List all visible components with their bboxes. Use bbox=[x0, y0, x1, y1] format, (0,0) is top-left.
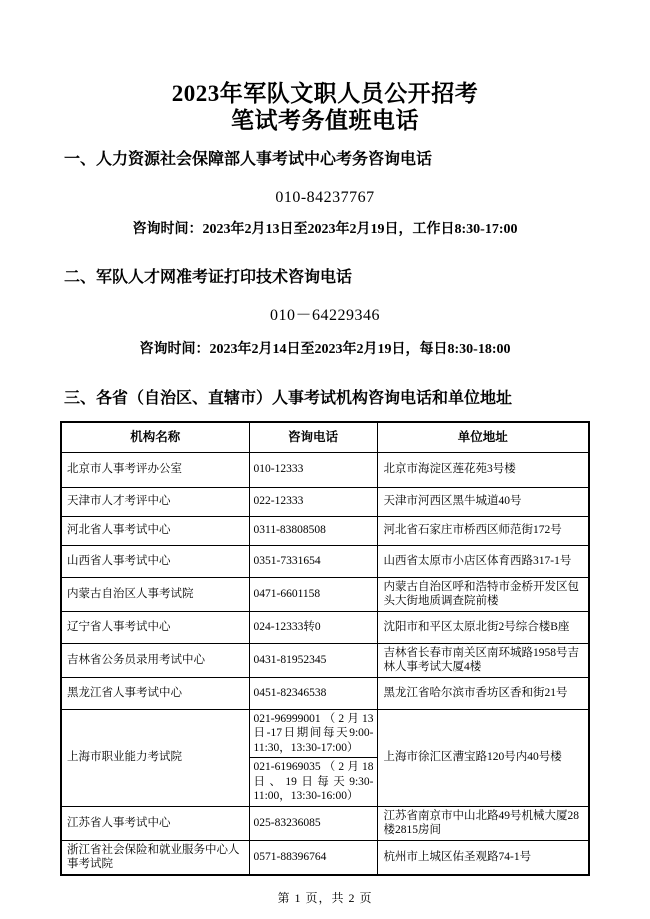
section1-phone-number: 010-84237767 bbox=[0, 189, 650, 207]
org-phone: 024-12333转0 bbox=[249, 611, 377, 643]
table-row-hebei: 河北省人事考试中心 0311-83808508 河北省石家庄市桥西区师范街172… bbox=[61, 516, 589, 545]
table-row-neimenggu: 内蒙古自治区人事考试院 0471-6601158 内蒙古自治区呼和浩特市金桥开发… bbox=[61, 577, 589, 611]
org-name: 上海市职业能力考试院 bbox=[61, 709, 249, 806]
org-phone: 0431-81952345 bbox=[249, 643, 377, 677]
org-address: 沈阳市和平区太原北街2号综合楼B座 bbox=[377, 611, 589, 643]
org-phone: 025-83236085 bbox=[249, 806, 377, 840]
section1-heading: 一、人力资源社会保障部人事考试中心考务咨询电话 bbox=[64, 150, 610, 170]
org-phone: 0311-83808508 bbox=[249, 516, 377, 545]
org-phone: 010-12333 bbox=[249, 452, 377, 487]
org-name: 江苏省人事考试中心 bbox=[61, 806, 249, 840]
table-row-shanxi: 山西省人事考试中心 0351-7331654 山西省太原市小店区体育西路317-… bbox=[61, 545, 589, 577]
section2-consult-time: 咨询时间：2023年2月14日至2023年2月19日，每日8:30-18:00 bbox=[0, 341, 650, 358]
contact-table: 机构名称 咨询电话 单位地址 北京市人事考评办公室 010-12333 北京市海… bbox=[60, 421, 590, 876]
org-address: 北京市海淀区莲花苑3号楼 bbox=[377, 452, 589, 487]
org-name: 黑龙江省人事考试中心 bbox=[61, 677, 249, 709]
org-address: 黑龙江省哈尔滨市香坊区香和街21号 bbox=[377, 677, 589, 709]
section2-heading: 二、军队人才网准考证打印技术咨询电话 bbox=[64, 268, 610, 288]
table-row-liaoning: 辽宁省人事考试中心 024-12333转0 沈阳市和平区太原北街2号综合楼B座 bbox=[61, 611, 589, 643]
header-org-name: 机构名称 bbox=[61, 422, 249, 452]
table-header-row: 机构名称 咨询电话 单位地址 bbox=[61, 422, 589, 452]
org-phone: 0451-82346538 bbox=[249, 677, 377, 709]
org-name: 浙江省社会保险和就业服务中心人事考试院 bbox=[61, 840, 249, 875]
org-address: 内蒙古自治区呼和浩特市金桥开发区包头大街地质调查院前楼 bbox=[377, 577, 589, 611]
org-name: 河北省人事考试中心 bbox=[61, 516, 249, 545]
org-name: 北京市人事考评办公室 bbox=[61, 452, 249, 487]
table-row-jiangsu: 江苏省人事考试中心 025-83236085 江苏省南京市中山北路49号机械大厦… bbox=[61, 806, 589, 840]
org-name: 天津市人才考评中心 bbox=[61, 487, 249, 516]
section2-phone-number: 010－64229346 bbox=[0, 307, 650, 325]
org-address: 吉林省长春市南关区南环城路1958号吉林人事考试大厦4楼 bbox=[377, 643, 589, 677]
org-phone-slot-2: 021-61969035（2月18日、19日每天9:30-11:00，13:30… bbox=[249, 758, 377, 807]
table-row-tianjin: 天津市人才考评中心 022-12333 天津市河西区黑牛城道40号 bbox=[61, 487, 589, 516]
page-footer: 第 1 页，共 2 页 bbox=[0, 889, 650, 906]
org-phone: 0471-6601158 bbox=[249, 577, 377, 611]
org-phone: 022-12333 bbox=[249, 487, 377, 516]
org-address: 河北省石家庄市桥西区师范街172号 bbox=[377, 516, 589, 545]
org-name: 内蒙古自治区人事考试院 bbox=[61, 577, 249, 611]
section1-consult-time: 咨询时间：2023年2月13日至2023年2月19日，工作日8:30-17:00 bbox=[0, 221, 650, 238]
page-title: 2023年军队文职人员公开招考 笔试考务值班电话 bbox=[0, 0, 650, 134]
org-name: 辽宁省人事考试中心 bbox=[61, 611, 249, 643]
table-row-jilin: 吉林省公务员录用考试中心 0431-81952345 吉林省长春市南关区南环城路… bbox=[61, 643, 589, 677]
table-row-shanghai: 上海市职业能力考试院 021-96999001（2月13日-17日期间每天9:0… bbox=[61, 709, 589, 758]
table-row-heilongjiang: 黑龙江省人事考试中心 0451-82346538 黑龙江省哈尔滨市香坊区香和街2… bbox=[61, 677, 589, 709]
org-name: 山西省人事考试中心 bbox=[61, 545, 249, 577]
org-phone: 0571-88396764 bbox=[249, 840, 377, 875]
header-address: 单位地址 bbox=[377, 422, 589, 452]
org-address: 天津市河西区黑牛城道40号 bbox=[377, 487, 589, 516]
table-row-beijing: 北京市人事考评办公室 010-12333 北京市海淀区莲花苑3号楼 bbox=[61, 452, 589, 487]
org-phone-slot-1: 021-96999001（2月13日-17日期间每天9:00-11:30，13:… bbox=[249, 709, 377, 758]
org-phone: 0351-7331654 bbox=[249, 545, 377, 577]
title-line-1: 2023年军队文职人员公开招考 bbox=[0, 80, 650, 107]
table-row-zhejiang: 浙江省社会保险和就业服务中心人事考试院 0571-88396764 杭州市上城区… bbox=[61, 840, 589, 875]
document-page: 2023年军队文职人员公开招考 笔试考务值班电话 一、人力资源社会保障部人事考试… bbox=[0, 0, 650, 919]
section3-heading: 三、各省（自治区、直辖市）人事考试机构咨询电话和单位地址 bbox=[64, 389, 610, 409]
org-address: 山西省太原市小店区体育西路317-1号 bbox=[377, 545, 589, 577]
org-name: 吉林省公务员录用考试中心 bbox=[61, 643, 249, 677]
title-line-2: 笔试考务值班电话 bbox=[0, 107, 650, 134]
header-phone: 咨询电话 bbox=[249, 422, 377, 452]
org-address: 江苏省南京市中山北路49号机械大厦28楼2815房间 bbox=[377, 806, 589, 840]
org-address: 上海市徐汇区漕宝路120号内40号楼 bbox=[377, 709, 589, 806]
org-address: 杭州市上城区佑圣观路74-1号 bbox=[377, 840, 589, 875]
